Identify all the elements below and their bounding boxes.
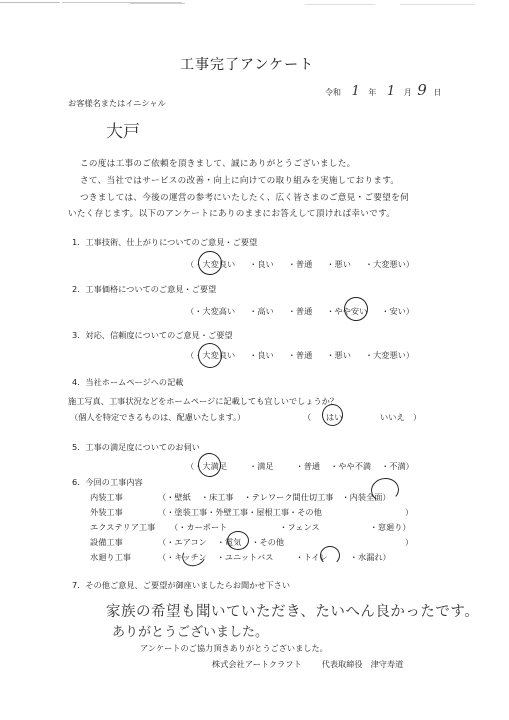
page-title: 工事完了アンケート bbox=[180, 54, 314, 74]
q5-selection-circle bbox=[196, 451, 223, 479]
q6-category-equipment: 設備工事 bbox=[90, 537, 123, 548]
q6-exteria-option-1[interactable]: ・カーポート bbox=[178, 522, 227, 532]
paren-close: ） bbox=[413, 412, 421, 423]
date-year-label: 年 bbox=[368, 88, 376, 97]
q6-equipment-option-1[interactable]: ・エアコン bbox=[166, 537, 207, 547]
q2-selection-circle bbox=[342, 295, 370, 323]
paren-close: ） bbox=[406, 259, 414, 269]
question-2-options: （・大変高い・高い・普通・やや安い・安い） bbox=[186, 306, 414, 317]
question-4-text-line-1: 施工写真、工事状況などをホームページに記載しても宜しいでしょうか？ bbox=[68, 396, 338, 407]
paren-open: （ bbox=[158, 537, 166, 547]
signature-position: 代表取締役 bbox=[322, 659, 363, 669]
date-year: 1 bbox=[352, 84, 360, 99]
q6-exteria-options: （・カーポート・フェンス・窓廻り） bbox=[170, 522, 411, 533]
q6-category-interior: 内装工事 bbox=[90, 492, 123, 503]
q1-selection-circle bbox=[196, 249, 224, 277]
question-6-label: 6．今回の工事内容 bbox=[72, 477, 143, 488]
signature-name: 津守寿道 bbox=[371, 659, 404, 669]
q2-option-3[interactable]: ・普通 bbox=[288, 306, 313, 316]
q3-option-4[interactable]: ・悪い bbox=[326, 350, 351, 360]
q5-option-3[interactable]: ・普通 bbox=[296, 461, 321, 471]
q6-equipment-option-3[interactable]: ・その他 bbox=[251, 537, 284, 547]
q6-exteria-option-2[interactable]: ・フェンス bbox=[279, 522, 319, 532]
q2-option-2[interactable]: ・高い bbox=[249, 306, 274, 316]
question-4-label: 4．当社ホームページへの記載 bbox=[72, 377, 183, 388]
intro-line-2: さて、当社ではサービスの改善・向上に向けての取り組みを実施しております。 bbox=[80, 174, 399, 186]
paren-open: （ bbox=[158, 507, 166, 517]
q3-option-2[interactable]: ・良い bbox=[249, 350, 274, 360]
question-4-text-line-2: （個人を特定できるものは、配慮いたします。） bbox=[70, 412, 245, 423]
intro-line-4: いたく存じます。以下のアンケートにありのままにお答えして頂ければ幸いです。 bbox=[68, 207, 395, 219]
q3-selection-circle bbox=[196, 341, 224, 370]
q6-category-exterior: 外装工事 bbox=[90, 507, 123, 518]
q2-option-5[interactable]: ・安い bbox=[381, 306, 406, 316]
q1-option-5[interactable]: ・大変悪い bbox=[365, 259, 406, 269]
scan-edge-line bbox=[130, 3, 185, 4]
date-era: 令和 bbox=[325, 88, 341, 97]
date-month: 1 bbox=[387, 84, 395, 99]
paren-open: （ bbox=[186, 461, 194, 471]
q6-category-plumbing: 水廻り工事 bbox=[90, 552, 131, 563]
paren-open: （ bbox=[158, 492, 166, 502]
signature: 株式会社アートクラフト代表取締役津守寿道 bbox=[212, 659, 403, 670]
q6-equipment-selection-circle bbox=[227, 531, 249, 550]
question-5-label: 5．工事の満足度についてのお伺い bbox=[72, 442, 200, 453]
paren-close: ） bbox=[405, 507, 413, 518]
paren-close: ） bbox=[402, 522, 410, 532]
q6-equipment-options: （・エアコン・電気・その他 bbox=[158, 537, 284, 548]
question-1-label: 1．工事技術、仕上がりについてのご意見・ご要望 bbox=[72, 237, 257, 248]
q6-interior-option-2[interactable]: ・床工事 bbox=[201, 492, 234, 502]
paren-open: （ bbox=[158, 552, 166, 562]
q6-interior-options: （・壁紙・床工事・テレワーク間仕切工事・内装全面） bbox=[158, 492, 391, 503]
question-3-label: 3．対応、信頼度についてのご意見・ご要望 bbox=[72, 330, 233, 341]
scan-edge-line bbox=[400, 4, 475, 5]
q3-option-3[interactable]: ・普通 bbox=[288, 350, 313, 360]
q6-plumbing-option-2[interactable]: ・ユニットバス bbox=[217, 552, 274, 562]
q6-exteria-option-3[interactable]: ・窓廻り bbox=[370, 522, 403, 532]
paren-open: （ bbox=[186, 306, 194, 316]
paren-open: （ bbox=[303, 412, 311, 423]
scan-edge-line bbox=[305, 4, 375, 5]
paren-close: ） bbox=[405, 537, 413, 548]
paren-close: ） bbox=[406, 461, 414, 471]
paren-close: ） bbox=[383, 552, 391, 562]
q5-option-2[interactable]: ・満足 bbox=[249, 461, 274, 471]
q1-option-4[interactable]: ・悪い bbox=[326, 259, 351, 269]
paren-open: （ bbox=[186, 350, 194, 360]
paren-open: （ bbox=[186, 259, 194, 269]
q6-interior-option-1[interactable]: ・壁紙 bbox=[166, 492, 191, 502]
q6-interior-option-3[interactable]: ・テレワーク間仕切工事 bbox=[244, 492, 334, 502]
date-day: 9 bbox=[417, 81, 427, 99]
intro-line-1: この度は工事のご依頼を頂きまして、誠にありがとうございました。 bbox=[80, 157, 356, 169]
q7-answer-line-2: ありがとうございました。 bbox=[112, 621, 268, 640]
date-month-label: 月 bbox=[404, 88, 412, 97]
q6-category-exterior-works: エクステリア工事 bbox=[90, 522, 155, 533]
closing-thanks: アンケートのご協力頂きありがとうございました。 bbox=[140, 643, 328, 654]
q6-plumbing-option-4[interactable]: ・水漏れ bbox=[350, 552, 383, 562]
customer-name-label: お客様名またはイニシャル bbox=[68, 98, 166, 109]
q5-option-4[interactable]: ・やや不満 bbox=[330, 461, 371, 471]
q6-plumbing-selection-circle-2 bbox=[320, 546, 340, 565]
customer-name-handwritten: 大戸 bbox=[106, 117, 140, 142]
paren-close: ） bbox=[406, 350, 414, 360]
date-day-label: 日 bbox=[433, 88, 441, 97]
q4-option-no[interactable]: いいえ bbox=[380, 412, 405, 423]
survey-date: 令和 1 年 1 月 9 日 bbox=[325, 81, 441, 99]
q5-option-5[interactable]: ・不満 bbox=[381, 461, 406, 471]
intro-line-3: つきましては、今後の運営の参考にいたしたく、広く皆さまのご意見・ご要望を伺 bbox=[80, 191, 409, 203]
question-2-label: 2．工事価格についてのご意見・ご要望 bbox=[72, 284, 216, 295]
question-7-label: 7．その他ご意見、ご要望が御座いましたらお聞かせ下さい bbox=[72, 580, 290, 591]
q6-exterior-option-1[interactable]: ・塗装工事・外壁工事・屋根工事・その他 bbox=[166, 507, 322, 517]
q1-option-3[interactable]: ・普通 bbox=[288, 259, 313, 269]
paren-open: （ bbox=[170, 522, 178, 532]
q1-option-2[interactable]: ・良い bbox=[249, 259, 274, 269]
scan-edge-line bbox=[0, 2, 60, 3]
q7-answer-line-1: 家族の希望も聞いていただき、たいへん良かったです。 bbox=[106, 600, 479, 621]
q4-selection-circle bbox=[322, 404, 343, 426]
paren-close: ） bbox=[406, 306, 414, 316]
q2-option-1[interactable]: ・大変高い bbox=[194, 306, 235, 316]
signature-company: 株式会社アートクラフト bbox=[212, 659, 302, 669]
q6-exterior-options: （・塗装工事・外壁工事・屋根工事・その他 bbox=[158, 507, 322, 518]
q3-option-5[interactable]: ・大変悪い bbox=[365, 350, 406, 360]
